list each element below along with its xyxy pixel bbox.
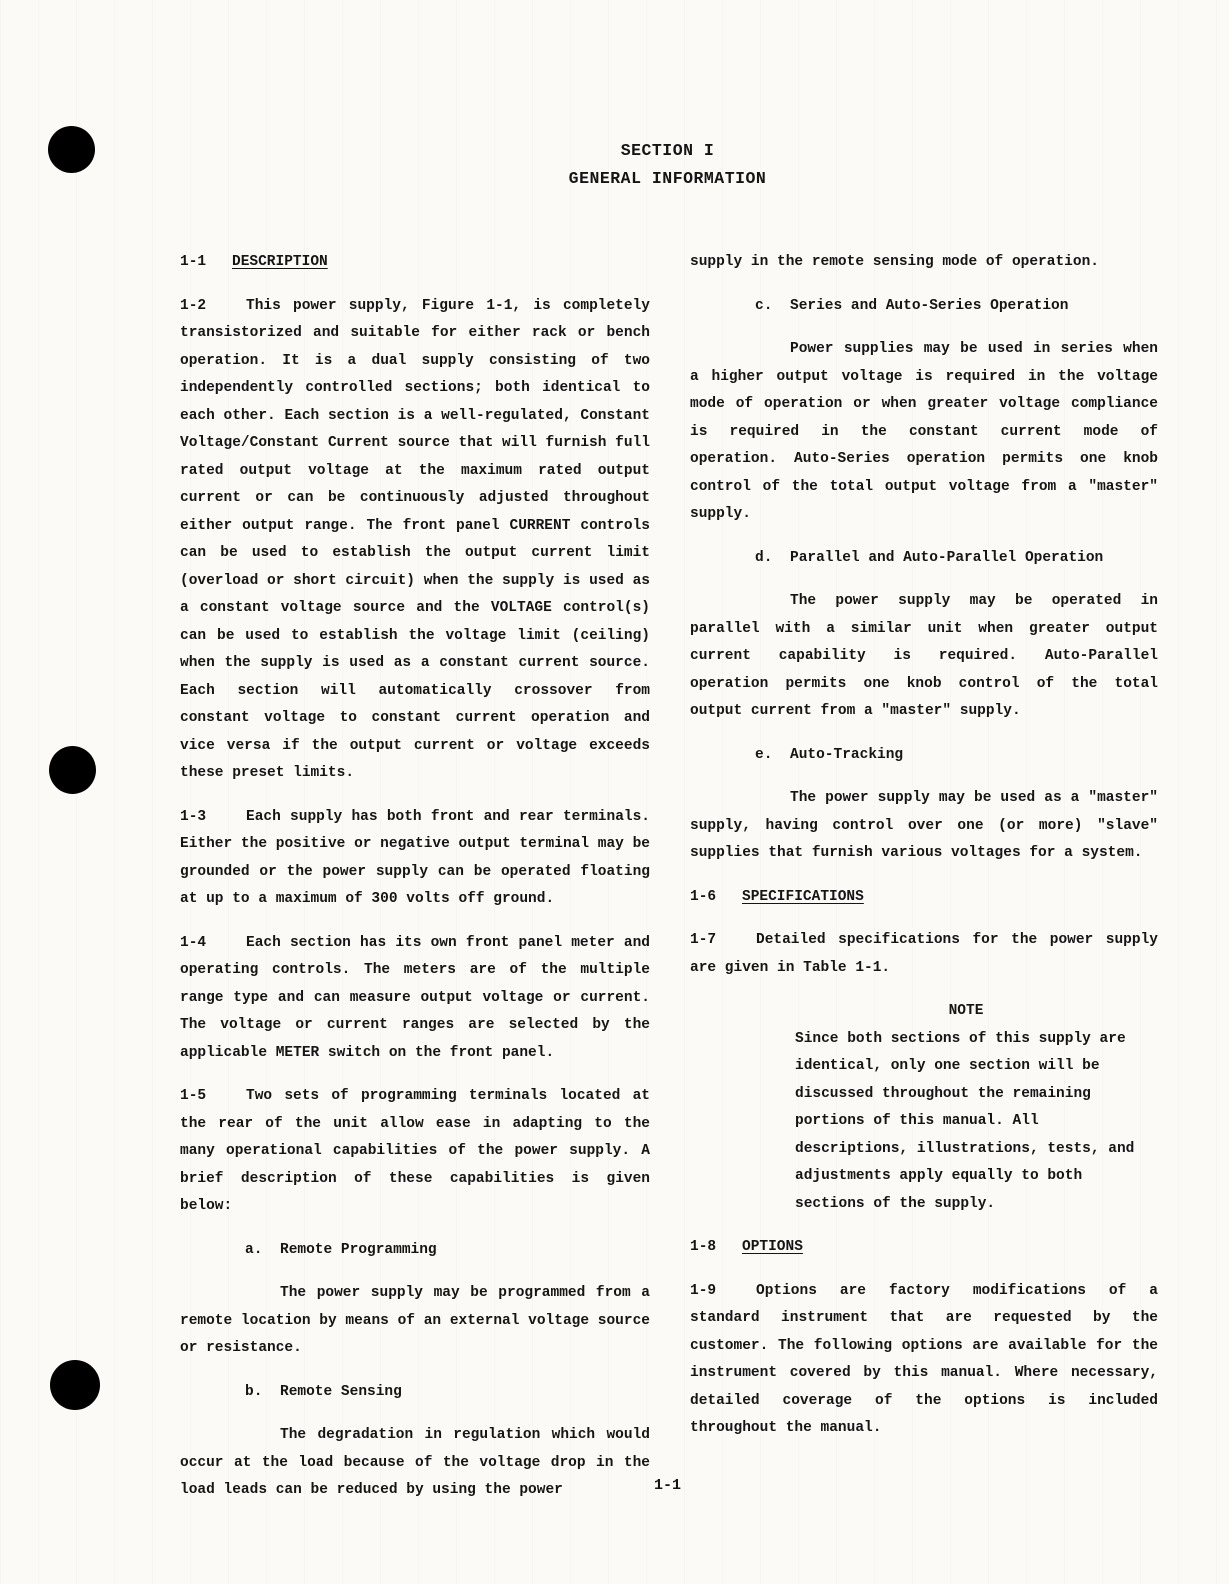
paragraph-number: 1-2 <box>180 293 246 321</box>
heading-specifications: 1-6SPECIFICATIONS <box>690 884 1158 912</box>
paragraph-auto-tracking: The power supply may be used as a "maste… <box>690 785 1158 868</box>
punch-hole-bottom <box>50 1360 100 1410</box>
section-title-line2: GENERAL INFORMATION <box>180 165 1155 193</box>
subheading-letter: a. <box>245 1237 280 1265</box>
heading-number: 1-1 <box>180 249 232 277</box>
paragraph-parallel-operation: The power supply may be operated in para… <box>690 588 1158 726</box>
right-column: supply in the remote sensing mode of ope… <box>690 249 1158 1521</box>
paragraph-text: supply in the remote sensing mode of ope… <box>690 254 1099 270</box>
paragraph-1-2: 1-2This power supply, Figure 1-1, is com… <box>180 293 650 788</box>
punch-hole-middle <box>49 746 96 794</box>
subheading-letter: c. <box>755 293 790 321</box>
note-title: NOTE <box>795 998 1137 1026</box>
paragraph-text: Options are factory modifications of a s… <box>690 1283 1158 1437</box>
paragraph-remote-programming: The power supply may be programmed from … <box>180 1280 650 1363</box>
paragraph-number: 1-3 <box>180 804 246 832</box>
paragraph-number: 1-4 <box>180 930 246 958</box>
subheading-letter: b. <box>245 1379 280 1407</box>
paragraph-text: Each supply has both front and rear term… <box>180 809 650 908</box>
paragraph-text: Detailed specifications for the power su… <box>690 932 1158 976</box>
paragraph-number: 1-5 <box>180 1083 246 1111</box>
subheading-remote-programming: a.Remote Programming <box>245 1237 650 1265</box>
heading-number: 1-8 <box>690 1234 742 1262</box>
heading-options: 1-8OPTIONS <box>690 1234 1158 1262</box>
heading-title: OPTIONS <box>742 1239 803 1255</box>
page-number: 1-1 <box>180 1477 1155 1494</box>
note-text: Since both sections of this supply are i… <box>795 1026 1137 1219</box>
heading-description: 1-1DESCRIPTION <box>180 249 650 277</box>
subheading-auto-tracking: e.Auto-Tracking <box>755 742 1158 770</box>
paragraph-text: The power supply may be used as a "maste… <box>690 790 1158 861</box>
subheading-series-operation: c.Series and Auto-Series Operation <box>755 293 1158 321</box>
paragraph-1-9: 1-9Options are factory modifications of … <box>690 1278 1158 1443</box>
subheading-letter: d. <box>755 545 790 573</box>
note-block: NOTE Since both sections of this supply … <box>795 998 1137 1218</box>
section-title-line1: SECTION I <box>180 137 1155 165</box>
paragraph-1-3: 1-3Each supply has both front and rear t… <box>180 804 650 914</box>
subheading-title: Remote Sensing <box>280 1384 402 1400</box>
subheading-letter: e. <box>755 742 790 770</box>
paragraph-text: This power supply, Figure 1-1, is comple… <box>180 298 650 782</box>
paragraph-text: Each section has its own front panel met… <box>180 935 650 1061</box>
punch-hole-top <box>48 126 95 173</box>
subheading-parallel-operation: d.Parallel and Auto-Parallel Operation <box>755 545 1158 573</box>
heading-title: SPECIFICATIONS <box>742 889 864 905</box>
paragraph-text: The power supply may be operated in para… <box>690 593 1158 719</box>
paragraph-text: Power supplies may be used in series whe… <box>690 341 1158 522</box>
subheading-title: Parallel and Auto-Parallel Operation <box>790 550 1103 566</box>
paragraph-1-5: 1-5Two sets of programming terminals loc… <box>180 1083 650 1221</box>
paragraph-number: 1-9 <box>690 1278 756 1306</box>
paragraph-1-7: 1-7Detailed specifications for the power… <box>690 927 1158 982</box>
paragraph-text: Two sets of programming terminals locate… <box>180 1088 650 1214</box>
subheading-title: Remote Programming <box>280 1242 437 1258</box>
page-body: 1-1DESCRIPTION 1-2This power supply, Fig… <box>180 249 1158 1521</box>
paragraph-text: The power supply may be programmed from … <box>180 1285 650 1356</box>
heading-title: DESCRIPTION <box>232 254 328 270</box>
subheading-remote-sensing: b.Remote Sensing <box>245 1379 650 1407</box>
paragraph-remote-sensing-continued: supply in the remote sensing mode of ope… <box>690 249 1158 277</box>
section-header: SECTION I GENERAL INFORMATION <box>180 137 1155 193</box>
paragraph-number: 1-7 <box>690 927 756 955</box>
left-column: 1-1DESCRIPTION 1-2This power supply, Fig… <box>180 249 650 1521</box>
paragraph-series-operation: Power supplies may be used in series whe… <box>690 336 1158 529</box>
heading-number: 1-6 <box>690 884 742 912</box>
subheading-title: Auto-Tracking <box>790 747 903 763</box>
paragraph-1-4: 1-4Each section has its own front panel … <box>180 930 650 1068</box>
subheading-title: Series and Auto-Series Operation <box>790 298 1068 314</box>
